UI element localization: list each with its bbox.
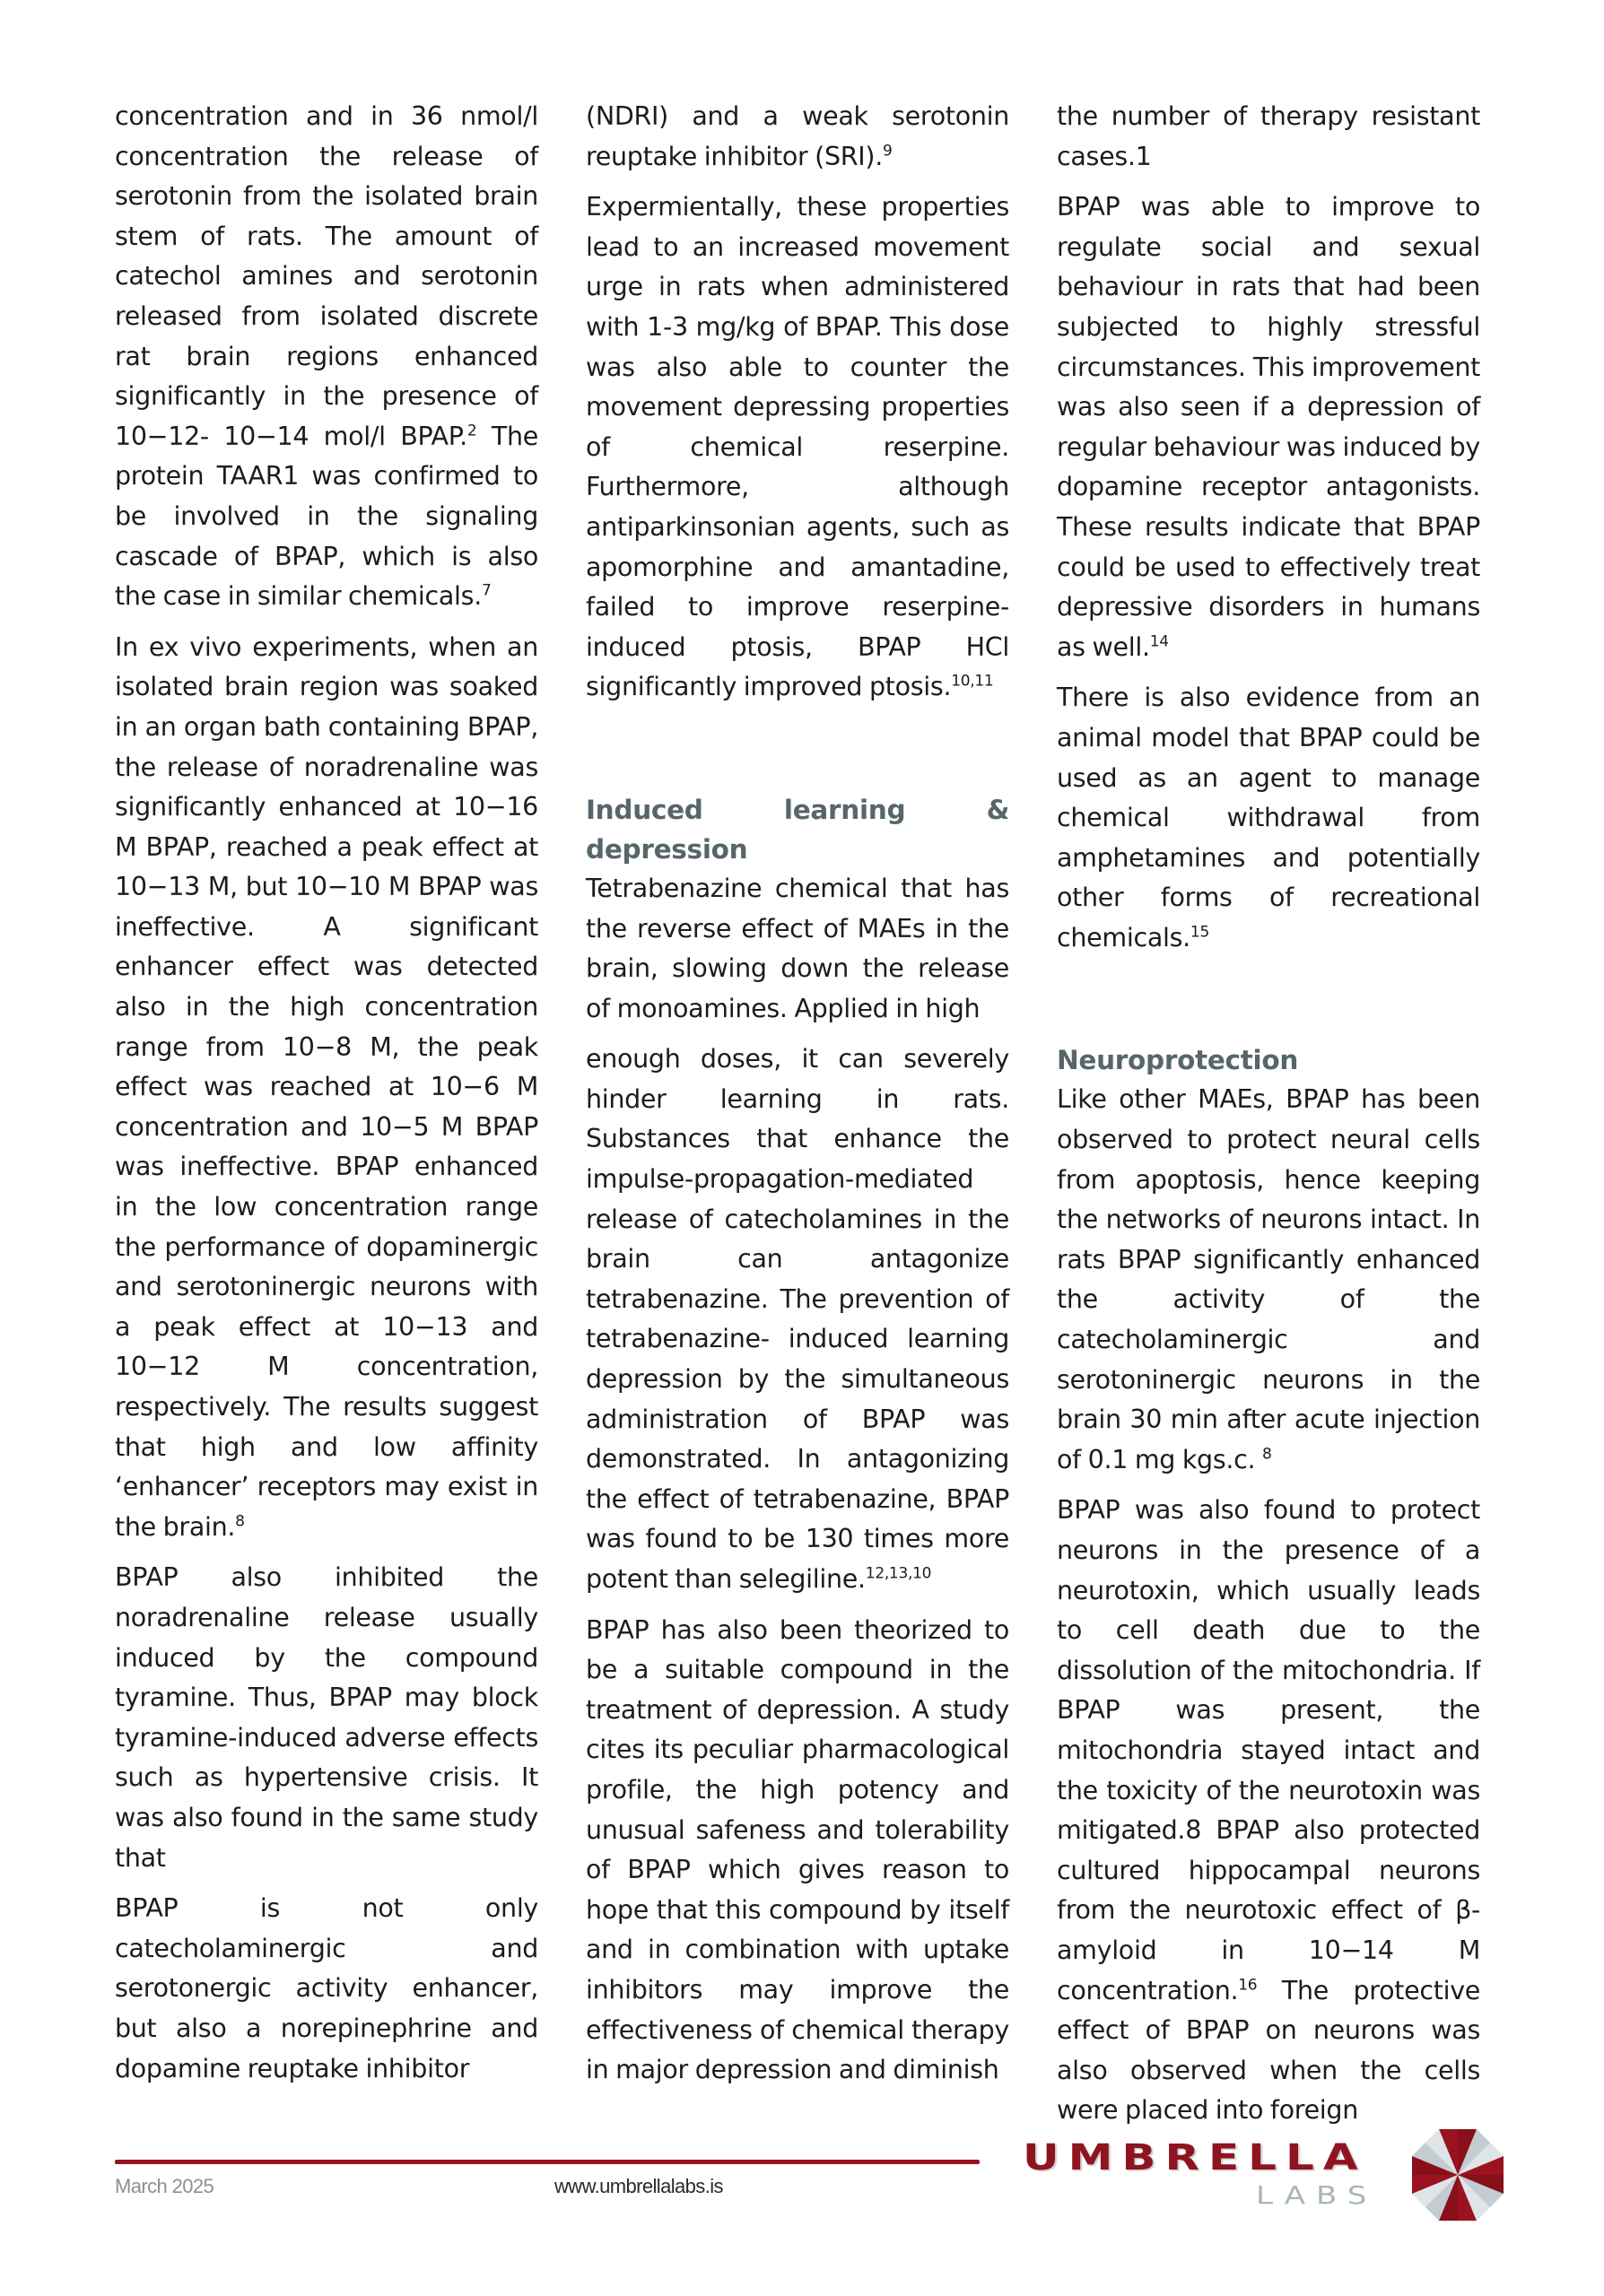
paragraph: There is also evidence from an animal mo… [1057,678,1480,958]
footer-url-link[interactable]: www.umbrellalabs.is [554,2175,723,2198]
paragraph: BPAP also inhibited the noradrenaline re… [115,1558,538,1878]
section-heading-induced-learning: Induced learning & depression [586,790,1009,869]
footer-date: March 2025 [115,2175,214,2198]
paragraph: (NDRI) and a weak serotonin reuptake inh… [586,97,1009,177]
logo-wordmark: UMBRELLA [1023,2136,1367,2178]
umbrella-octagon-icon [1408,2126,1507,2224]
paragraph: In ex vivo experiments, when an isolated… [115,628,538,1548]
paragraph: Tetrabenazine chemical that has the reve… [586,869,1009,1029]
column-2: (NDRI) and a weak serotonin reuptake inh… [586,97,1009,2101]
paragraph: BPAP was also found to protect neurons i… [1057,1491,1480,2131]
column-3: the number of therapy resistant cases.1 … [1057,97,1480,2142]
paragraph: Expermientally, these properties lead to… [586,187,1009,708]
paragraph: the number of therapy resistant cases.1 [1057,97,1480,177]
section-heading-neuroprotection: Neuroprotection [1057,1040,1480,1080]
paragraph: Like other MAEs, BPAP has been observed … [1057,1080,1480,1480]
footer-divider [115,2160,980,2164]
paragraph: enough doses, it can severely hinder lea… [586,1039,1009,1599]
paragraph: concentration and in 36 nmol/l concentra… [115,97,538,617]
paragraph: BPAP is not only catecholaminergic and s… [115,1889,538,2089]
logo-subtitle: LABS [1256,2181,1377,2210]
paragraph: BPAP has also been theorized to be a sui… [586,1611,1009,2091]
umbrella-labs-logo: UMBRELLA LABS [1023,2126,1552,2233]
column-1: concentration and in 36 nmol/l concentra… [115,97,538,2100]
paragraph: BPAP was able to improve to regulate soc… [1057,187,1480,667]
